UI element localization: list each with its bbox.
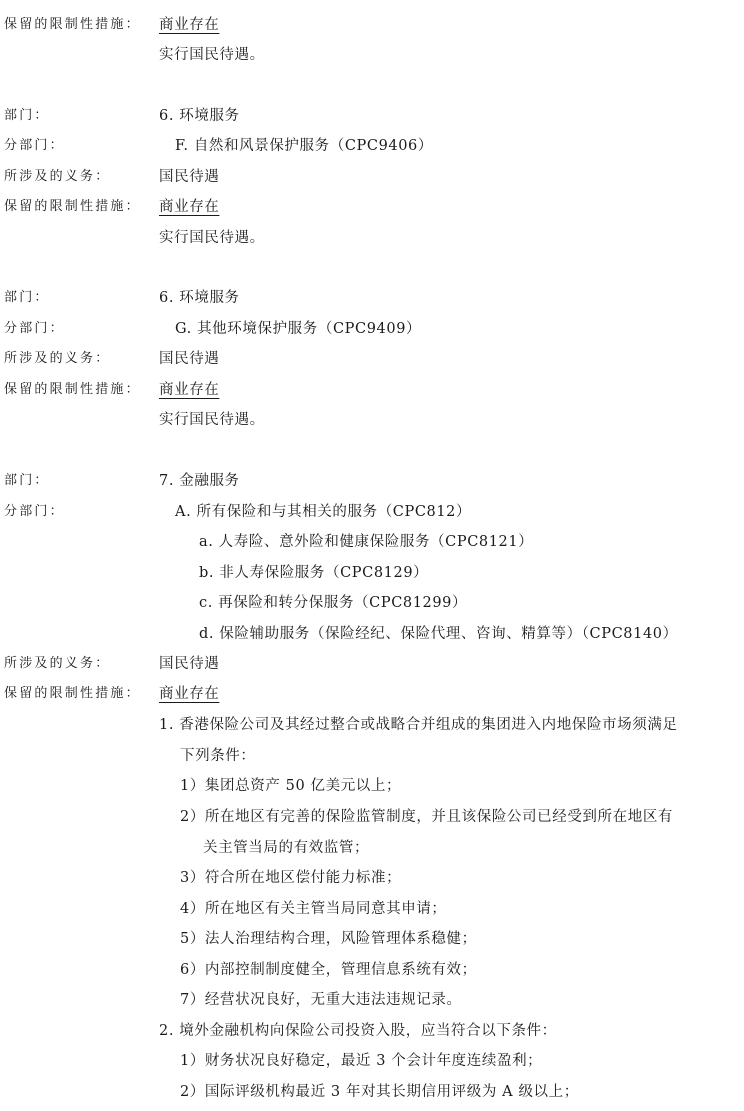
- section-2-reservation-text-row: 实行国民待遇。: [0, 405, 744, 435]
- section-1-obligations-row: 所涉及的义务： 国民待遇: [0, 162, 744, 192]
- condition-2-line-1: 2. 境外金融机构向保险公司投资入股，应当符合以下条件：: [0, 1016, 744, 1046]
- condition-item: 7）经营状况良好，无重大违法违规记录。: [0, 985, 744, 1015]
- subsector-item-text: c. 再保险和转分保服务（CPC81299）: [199, 588, 467, 618]
- condition-item-text: 5）法人治理结构合理，风险管理体系稳健；: [180, 924, 477, 954]
- reservation-heading: 商业存在: [159, 10, 219, 40]
- section-3-obligations-row: 所涉及的义务： 国民待遇: [0, 649, 744, 679]
- preface-reservation-row: 保留的限制性措施： 商业存在: [0, 10, 744, 40]
- reservation-text: 实行国民待遇。: [159, 40, 265, 70]
- subsector-label: 分部门：: [4, 314, 65, 344]
- section-2-subsector-row: 分部门： G. 其他环境保护服务（CPC9409）: [0, 314, 744, 344]
- condition-text: 1. 香港保险公司及其经过整合或战略合并组成的集团进入内地保险市场须满足: [159, 710, 678, 740]
- condition-item: 1）集团总资产 50 亿美元以上；: [0, 771, 744, 801]
- section-1-sector-row: 部门： 6. 环境服务: [0, 101, 744, 131]
- condition-item: 2）所在地区有完善的保险监管制度，并且该保险公司已经受到所在地区有: [0, 802, 744, 832]
- subsector-label: 分部门：: [4, 131, 65, 161]
- sector-label: 部门：: [4, 101, 50, 131]
- subsector-item: c. 再保险和转分保服务（CPC81299）: [0, 588, 744, 618]
- condition-item-text: 4）所在地区有关主管当局同意其申请；: [180, 894, 447, 924]
- reservation-text: 实行国民待遇。: [159, 223, 265, 253]
- obligations-value: 国民待遇: [159, 162, 219, 192]
- subsector-label: 分部门：: [4, 497, 65, 527]
- condition-item-text: 2）国际评级机构最近 3 年对其长期信用评级为 A 级以上；: [180, 1077, 579, 1107]
- sector-value: 6. 环境服务: [159, 283, 240, 313]
- condition-item: 4）所在地区有关主管当局同意其申请；: [0, 894, 744, 924]
- subsector-value: G. 其他环境保护服务（CPC9409）: [175, 314, 421, 344]
- reservation-heading: 商业存在: [159, 679, 219, 709]
- condition-item: 5）法人治理结构合理，风险管理体系稳健；: [0, 924, 744, 954]
- subsector-item-text: a. 人寿险、意外险和健康保险服务（CPC8121）: [199, 527, 533, 557]
- condition-item: 2）国际评级机构最近 3 年对其长期信用评级为 A 级以上；: [0, 1077, 744, 1107]
- subsector-value: A. 所有保险和与其相关的服务（CPC812）: [175, 497, 471, 527]
- condition-item-continuation: 关主管当局的有效监管；: [0, 833, 744, 863]
- reservations-label: 保留的限制性措施：: [4, 10, 141, 40]
- condition-1-line-1: 1. 香港保险公司及其经过整合或战略合并组成的集团进入内地保险市场须满足: [0, 710, 744, 740]
- condition-text: 下列条件：: [180, 741, 256, 771]
- condition-item-text: 关主管当局的有效监管；: [203, 833, 369, 863]
- subsector-item: a. 人寿险、意外险和健康保险服务（CPC8121）: [0, 527, 744, 557]
- condition-item-text: 1）集团总资产 50 亿美元以上；: [180, 771, 401, 801]
- reservations-label: 保留的限制性措施：: [4, 375, 141, 405]
- reservations-label: 保留的限制性措施：: [4, 192, 141, 222]
- sector-label: 部门：: [4, 466, 50, 496]
- section-1-reservation-row: 保留的限制性措施： 商业存在: [0, 192, 744, 222]
- section-1-subsector-row: 分部门： F. 自然和风景保护服务（CPC9406）: [0, 131, 744, 161]
- sector-label: 部门：: [4, 283, 50, 313]
- subsector-item-text: b. 非人寿保险服务（CPC8129）: [199, 558, 428, 588]
- condition-item: 1）财务状况良好稳定，最近 3 个会计年度连续盈利；: [0, 1046, 744, 1076]
- condition-text: 2. 境外金融机构向保险公司投资入股，应当符合以下条件：: [159, 1016, 557, 1046]
- obligations-value: 国民待遇: [159, 344, 219, 374]
- reservation-heading: 商业存在: [159, 192, 219, 222]
- subsector-item-text: d. 保险辅助服务（保险经纪、保险代理、咨询、精算等）（CPC8140）: [199, 619, 678, 649]
- section-3-reservation-row: 保留的限制性措施： 商业存在: [0, 679, 744, 709]
- sector-value: 6. 环境服务: [159, 101, 240, 131]
- condition-item-text: 7）经营状况良好，无重大违法违规记录。: [180, 985, 462, 1015]
- obligations-value: 国民待遇: [159, 649, 219, 679]
- reservation-heading: 商业存在: [159, 375, 219, 405]
- subsector-item: d. 保险辅助服务（保险经纪、保险代理、咨询、精算等）（CPC8140）: [0, 619, 744, 649]
- condition-item-text: 3）符合所在地区偿付能力标准；: [180, 863, 401, 893]
- obligations-label: 所涉及的义务：: [4, 162, 110, 192]
- section-2-sector-row: 部门： 6. 环境服务: [0, 283, 744, 313]
- condition-item-text: 1）财务状况良好稳定，最近 3 个会计年度连续盈利；: [180, 1046, 542, 1076]
- reservation-text: 实行国民待遇。: [159, 405, 265, 435]
- condition-item: 6）内部控制制度健全，管理信息系统有效；: [0, 955, 744, 985]
- section-2-reservation-row: 保留的限制性措施： 商业存在: [0, 375, 744, 405]
- obligations-label: 所涉及的义务：: [4, 649, 110, 679]
- condition-item-text: 2）所在地区有完善的保险监管制度，并且该保险公司已经受到所在地区有: [180, 802, 673, 832]
- obligations-label: 所涉及的义务：: [4, 344, 110, 374]
- condition-1-line-2: 下列条件：: [0, 741, 744, 771]
- subsector-item: b. 非人寿保险服务（CPC8129）: [0, 558, 744, 588]
- section-1-reservation-text-row: 实行国民待遇。: [0, 223, 744, 253]
- section-2-obligations-row: 所涉及的义务： 国民待遇: [0, 344, 744, 374]
- condition-item-text: 6）内部控制制度健全，管理信息系统有效；: [180, 955, 477, 985]
- subsector-value: F. 自然和风景保护服务（CPC9406）: [175, 131, 433, 161]
- condition-item: 3）符合所在地区偿付能力标准；: [0, 863, 744, 893]
- sector-value: 7. 金融服务: [159, 466, 240, 496]
- section-3-sector-row: 部门： 7. 金融服务: [0, 466, 744, 496]
- section-3-subsector-row: 分部门： A. 所有保险和与其相关的服务（CPC812）: [0, 497, 744, 527]
- reservations-label: 保留的限制性措施：: [4, 679, 141, 709]
- preface-reservation-text-row: 实行国民待遇。: [0, 40, 744, 70]
